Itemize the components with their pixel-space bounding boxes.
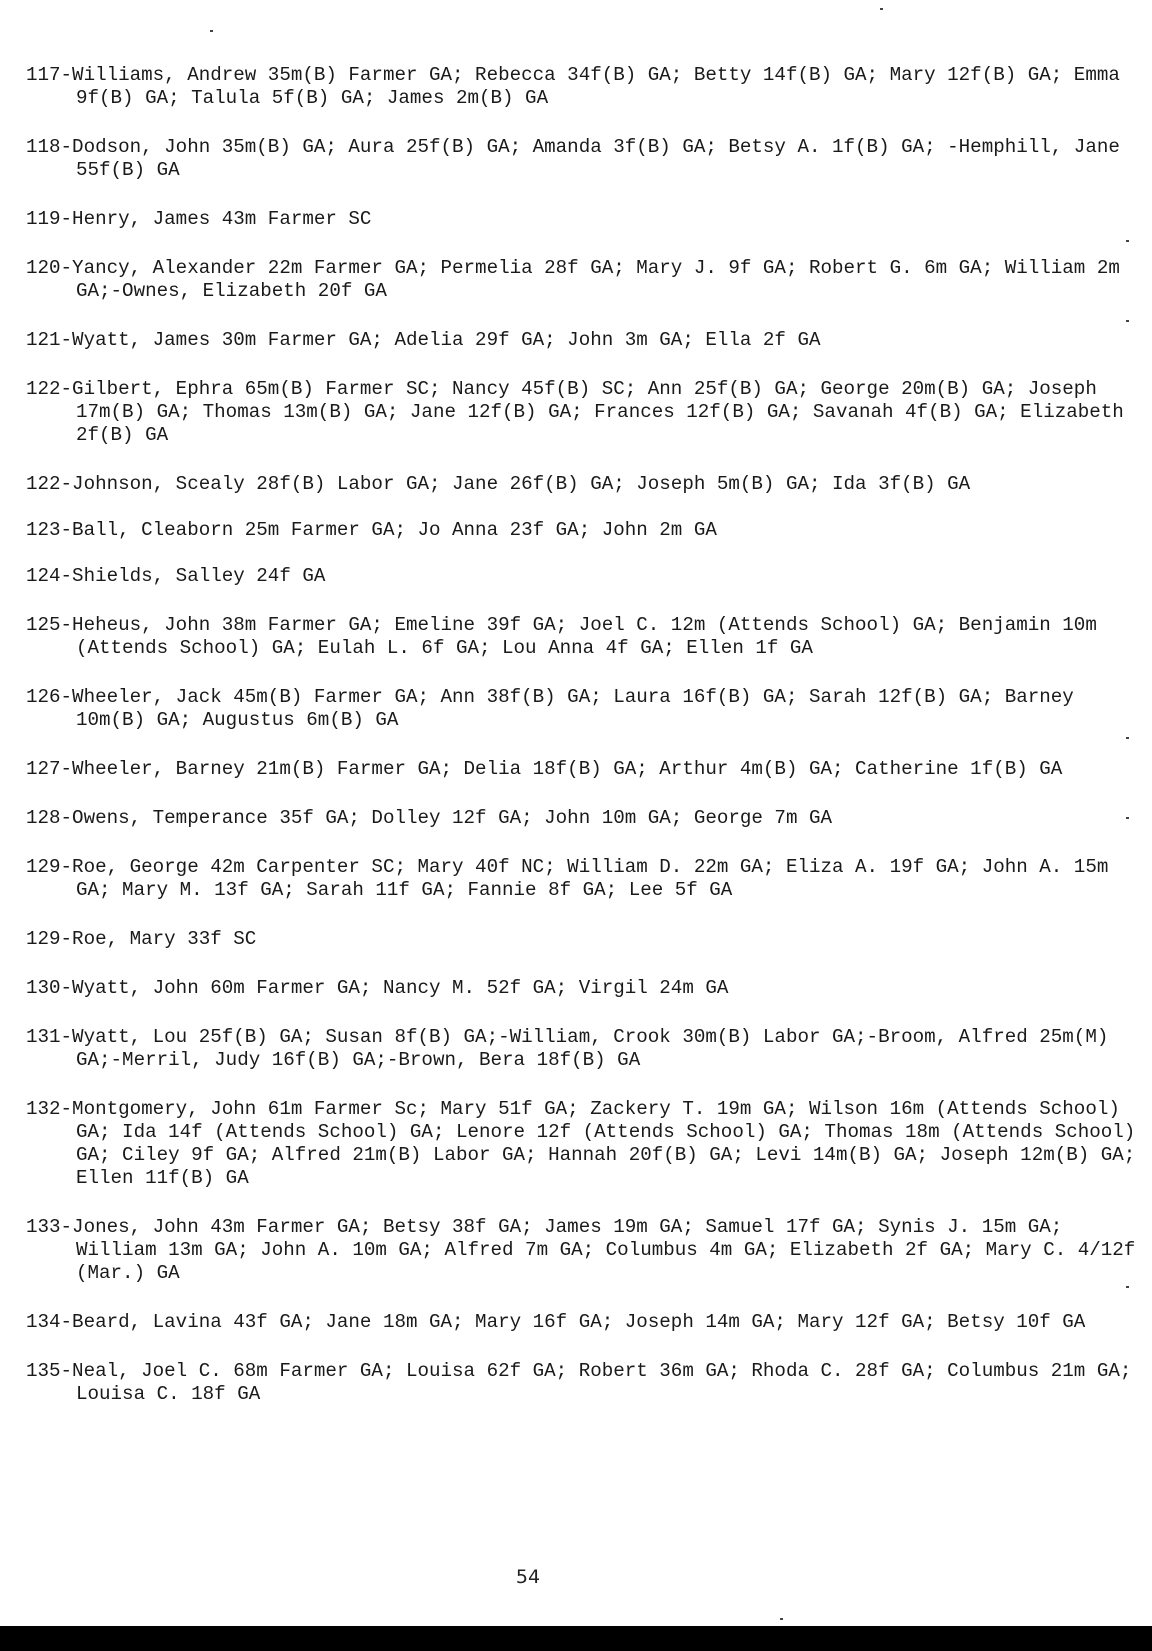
- census-entry-134: 134-Beard, Lavina 43f GA; Jane 18m GA; M…: [26, 1311, 1136, 1334]
- census-entry-117: 117-Williams, Andrew 35m(B) Farmer GA; R…: [26, 64, 1136, 110]
- scan-speck: [1126, 1286, 1129, 1288]
- census-entry-125: 125-Heheus, John 38m Farmer GA; Emeline …: [26, 614, 1136, 660]
- scan-bottom-border: [0, 1626, 1152, 1651]
- census-entry-130: 130-Wyatt, John 60m Farmer GA; Nancy M. …: [26, 977, 1136, 1000]
- census-entry-132: 132-Montgomery, John 61m Farmer Sc; Mary…: [26, 1098, 1136, 1190]
- scan-speck: [210, 30, 213, 32]
- document-page: 117-Williams, Andrew 35m(B) Farmer GA; R…: [0, 0, 1152, 1625]
- census-entry-126: 126-Wheeler, Jack 45m(B) Farmer GA; Ann …: [26, 686, 1136, 732]
- census-entry-124: 124-Shields, Salley 24f GA: [26, 565, 1136, 588]
- census-entry-131: 131-Wyatt, Lou 25f(B) GA; Susan 8f(B) GA…: [26, 1026, 1136, 1072]
- census-entry-129-george-roe: 129-Roe, George 42m Carpenter SC; Mary 4…: [26, 856, 1136, 902]
- census-entry-119: 119-Henry, James 43m Farmer SC: [26, 208, 1136, 231]
- page-number: 54: [0, 1566, 1056, 1588]
- census-entry-122-gilbert: 122-Gilbert, Ephra 65m(B) Farmer SC; Nan…: [26, 378, 1136, 447]
- scan-speck: [1126, 320, 1129, 322]
- census-entry-133: 133-Jones, John 43m Farmer GA; Betsy 38f…: [26, 1216, 1136, 1285]
- census-entry-128: 128-Owens, Temperance 35f GA; Dolley 12f…: [26, 807, 1136, 830]
- scan-speck: [780, 1618, 783, 1620]
- scan-speck: [880, 8, 883, 10]
- census-entry-129-mary-roe: 129-Roe, Mary 33f SC: [26, 928, 1136, 951]
- census-entry-120: 120-Yancy, Alexander 22m Farmer GA; Perm…: [26, 257, 1136, 303]
- census-entry-121: 121-Wyatt, James 30m Farmer GA; Adelia 2…: [26, 329, 1136, 352]
- scan-speck: [1126, 737, 1129, 739]
- census-entry-list: 117-Williams, Andrew 35m(B) Farmer GA; R…: [26, 64, 1136, 1432]
- census-entry-127: 127-Wheeler, Barney 21m(B) Farmer GA; De…: [26, 758, 1136, 781]
- census-entry-118: 118-Dodson, John 35m(B) GA; Aura 25f(B) …: [26, 136, 1136, 182]
- census-entry-122-johnson: 122-Johnson, Scealy 28f(B) Labor GA; Jan…: [26, 473, 1136, 496]
- scan-speck: [1126, 817, 1129, 819]
- scan-speck: [1126, 240, 1129, 242]
- census-entry-135: 135-Neal, Joel C. 68m Farmer GA; Louisa …: [26, 1360, 1136, 1406]
- census-entry-123: 123-Ball, Cleaborn 25m Farmer GA; Jo Ann…: [26, 519, 1136, 542]
